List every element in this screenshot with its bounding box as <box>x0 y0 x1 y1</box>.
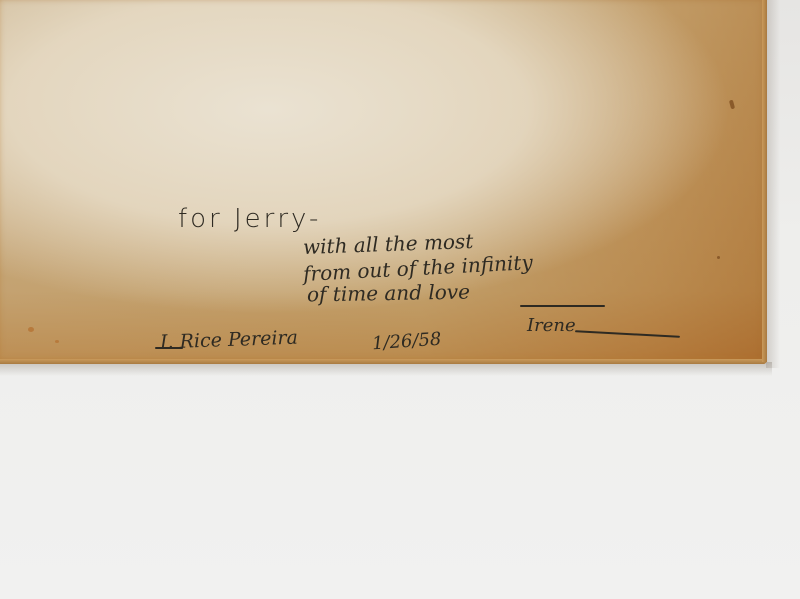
foxing-spot <box>55 340 59 343</box>
aged-paper-sheet <box>0 0 767 364</box>
inscription-line-4: of time and love <box>307 280 470 307</box>
signature-lead-stroke <box>155 347 183 349</box>
paper-edge-bottom <box>0 359 767 364</box>
paper-shadow-bottom <box>0 362 772 376</box>
foxing-spot <box>28 327 34 332</box>
underline-stroke <box>520 305 605 307</box>
inscription-line-1: for Jerry- <box>178 204 321 234</box>
signature-irene: Irene <box>527 315 576 336</box>
paper-edge-right <box>762 0 767 362</box>
ink-dot <box>717 256 720 259</box>
paper-shadow-right <box>766 0 780 368</box>
